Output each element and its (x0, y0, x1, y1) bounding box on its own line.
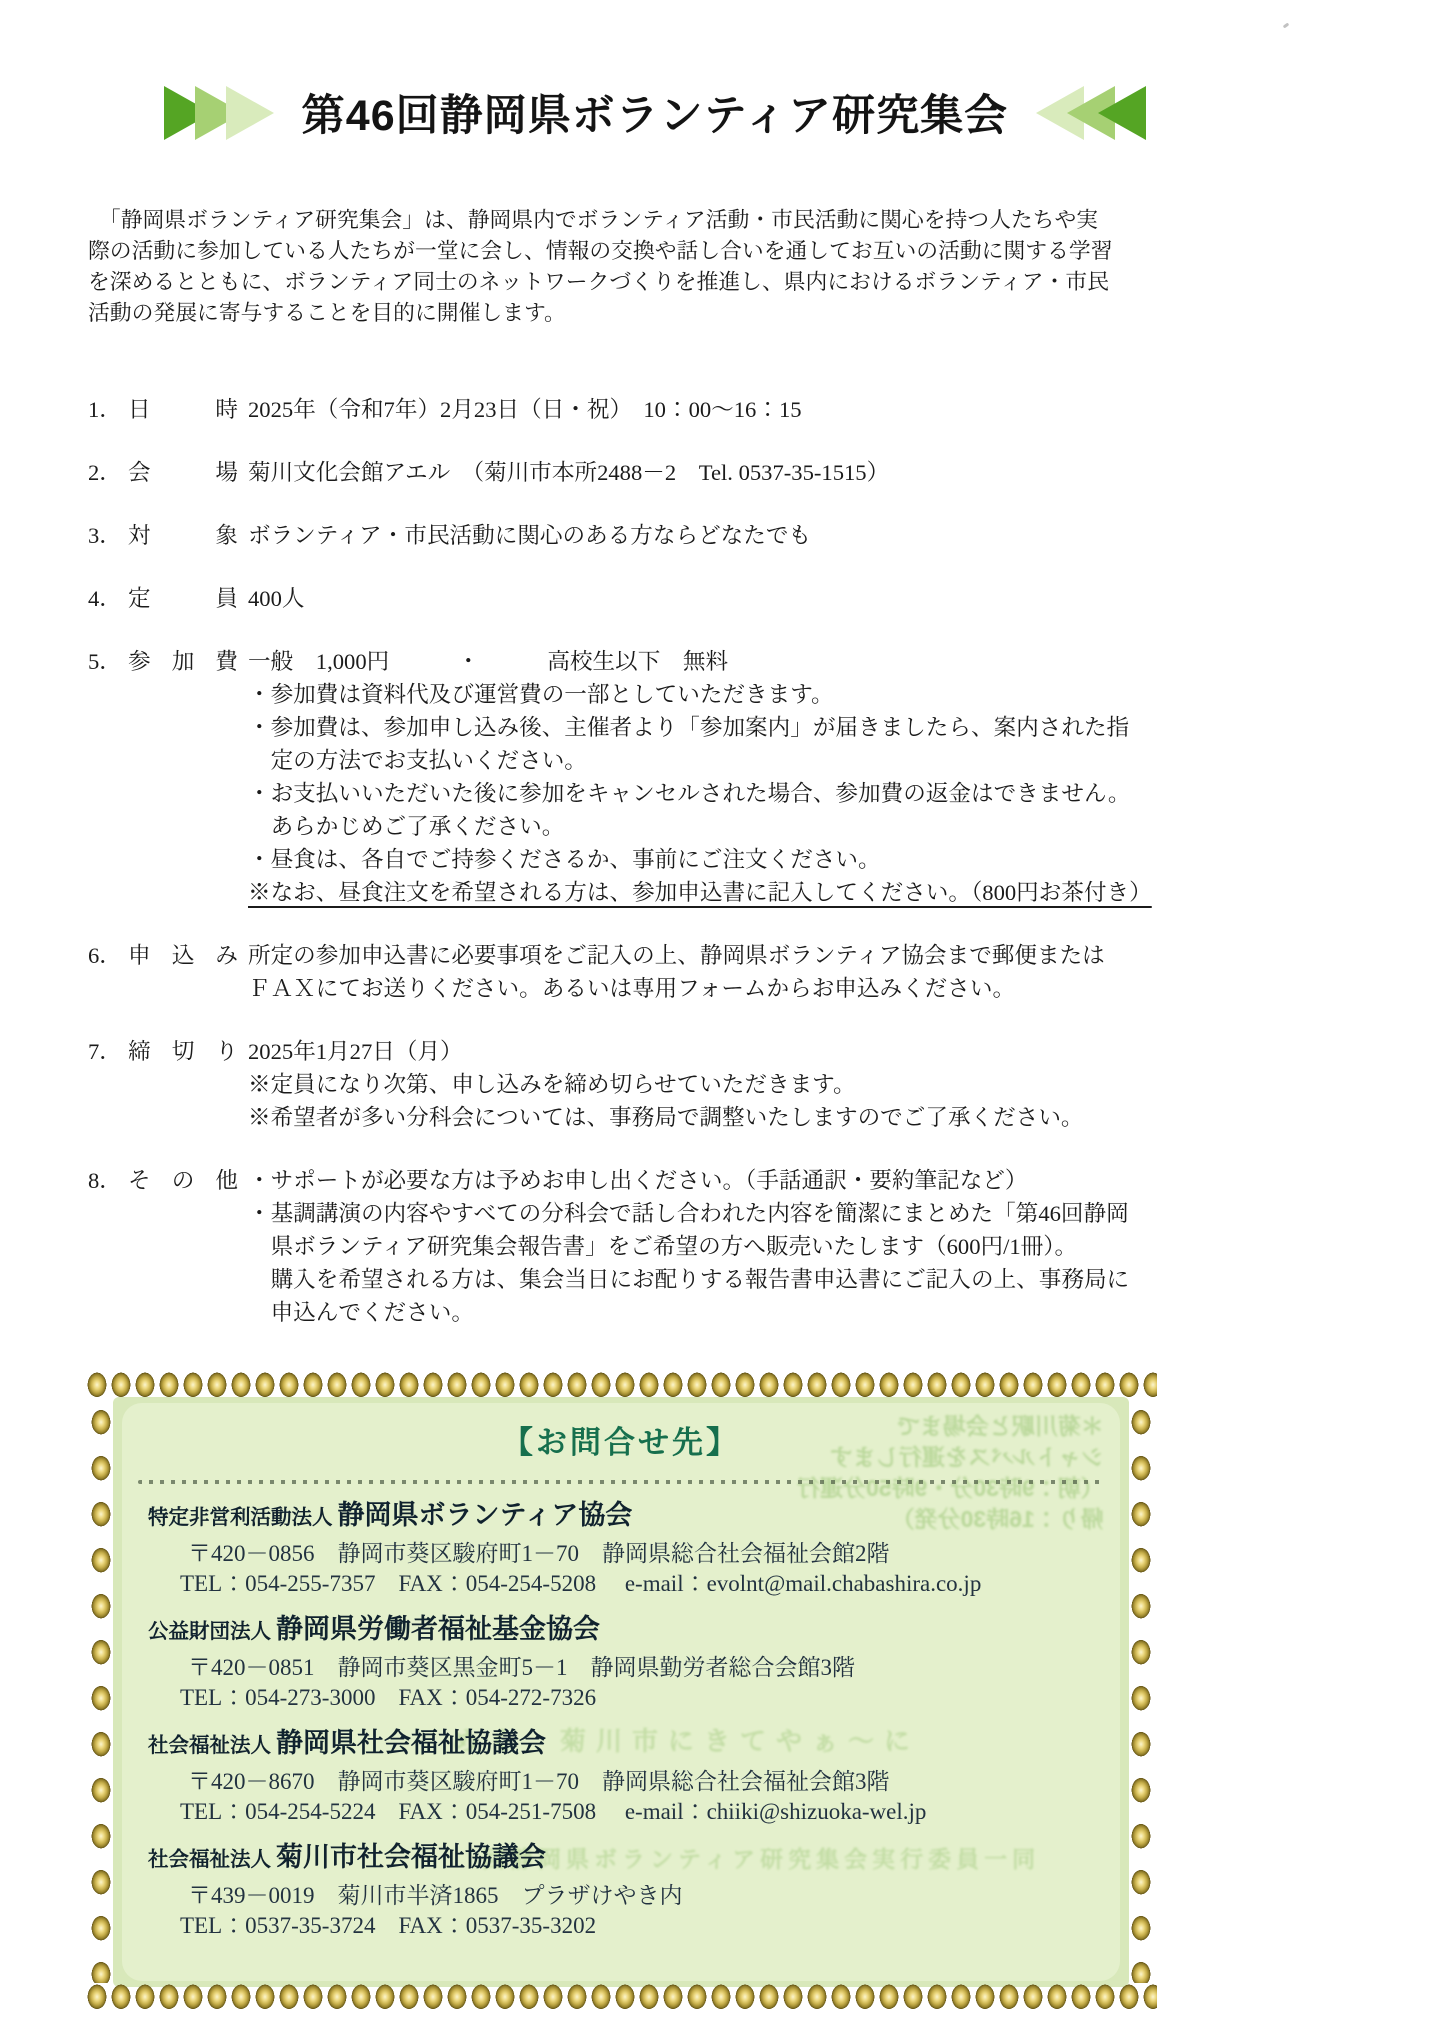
item-line: 購入を希望される方は、集会当日にお配りする報告書申込書にご記入の上、事務局に (248, 1263, 1129, 1296)
arrow-left-dark-icon (1098, 86, 1146, 140)
organization-block: 特定非営利活動法人静岡県ボランティア協会 〒420－0856 静岡市葵区駿府町1… (148, 1498, 1100, 1598)
item-line: ※定員になり次第、申し込みを締め切らせていただきます。 (248, 1068, 1084, 1101)
organization-title: 特定非営利活動法人静岡県ボランティア協会 (148, 1498, 1100, 1537)
item-heading: 2． 会 場 (88, 456, 238, 489)
item-number: 5． (88, 645, 128, 909)
item-body: 400人 (248, 582, 304, 615)
intro-line: を深めるとともに、ボランティア同士のネットワークづくりを推進し、県内におけるボラ… (88, 267, 1120, 298)
org-address: 〒420－0851 静岡市葵区黒金町5－1 静岡県勤労者総合会館3階 (188, 1653, 1100, 1682)
intro-line: 活動の発展に寄与することを目的に開催します。 (88, 298, 1120, 329)
org-name: 静岡県社会福祉協議会 (276, 1728, 546, 1758)
item-line: ※希望者が多い分科会については、事務局で調整いたしますのでご了承ください。 (248, 1101, 1084, 1134)
item-number: 8． (88, 1164, 128, 1329)
item-body: 菊川文化会館アエル （菊川市本所2488－2 Tel. 0537-35-1515… (248, 456, 889, 489)
org-address: 〒420－8670 静岡市葵区駿府町1－70 静岡県総合社会福祉会館3階 (188, 1767, 1100, 1796)
item-number: 2． (88, 456, 128, 489)
organization-block: 社会福祉法人静岡県社会福祉協議会 〒420－8670 静岡市葵区駿府町1－70 … (148, 1726, 1100, 1826)
organization-title: 社会福祉法人静岡県社会福祉協議会 (148, 1726, 1100, 1765)
item-line: 2025年（令和7年）2月23日（日・祝） 10：00～16：15 (248, 393, 802, 426)
title-arrows-right-icon (1036, 86, 1146, 140)
item-heading: 6． 申 込 み (88, 939, 238, 1005)
arrow-right-light-icon (226, 86, 274, 140)
item-line: ・サポートが必要な方は予めお申し出ください。（手話通訳・要約筆記など） (248, 1164, 1129, 1197)
organization-title: 公益財団法人静岡県労働者福祉基金協会 (148, 1612, 1100, 1651)
item-heading: 3． 対 象 (88, 519, 238, 552)
organization-block: 公益財団法人静岡県労働者福祉基金協会 〒420－0851 静岡市葵区黒金町5－1… (148, 1612, 1100, 1712)
contact-box: ＊菊川駅と会場まで シャトルバスを運行します （朝：9時30分・9時50分運行 … (85, 1371, 1157, 2013)
item-label: 対 象 (128, 519, 238, 552)
item-body: ・サポートが必要な方は予めお申し出ください。（手話通訳・要約筆記など）・基調講演… (248, 1164, 1129, 1329)
item-label: 申 込 み (128, 939, 238, 1005)
item-heading: 1． 日 時 (88, 393, 238, 426)
item-body: 一般 1,000円 ・ 高校生以下 無料・参加費は資料代及び運営費の一部としてい… (248, 645, 1152, 909)
item-line: 一般 1,000円 ・ 高校生以下 無料 (248, 645, 1152, 678)
item-heading: 8． そ の 他 (88, 1164, 238, 1329)
item-heading: 4． 定 員 (88, 582, 238, 615)
page-title: 第46回静岡県ボランティア研究集会 (302, 82, 1008, 143)
org-contact: TEL：054-255-7357 FAX：054-254-5208 e-mail… (180, 1569, 1100, 1598)
org-name: 菊川市社会福祉協議会 (276, 1842, 546, 1872)
item-line: ・昼食は、各自でご持参くださるか、事前にご注文ください。 (248, 843, 1152, 876)
item-body: 2025年（令和7年）2月23日（日・祝） 10：00～16：15 (248, 393, 802, 426)
org-address: 〒439－0019 菊川市半済1865 プラザけやき内 (188, 1881, 1100, 1910)
item-line: ・お支払いいただいた後に参加をキャンセルされた場合、参加費の返金はできません。 (248, 777, 1152, 810)
item-line: 菊川文化会館アエル （菊川市本所2488－2 Tel. 0537-35-1515… (248, 456, 889, 489)
organization-title: 社会福祉法人菊川市社会福祉協議会 (148, 1840, 1100, 1879)
org-prefix: 特定非営利活動法人 (148, 1506, 333, 1529)
item-label: 締 切 り (128, 1035, 238, 1134)
list-item: 2． 会 場 菊川文化会館アエル （菊川市本所2488－2 Tel. 0537-… (88, 456, 1440, 489)
organization-list: 特定非営利活動法人静岡県ボランティア協会 〒420－0856 静岡市葵区駿府町1… (148, 1498, 1100, 1940)
item-line: ※なお、昼食注文を希望される方は、参加申込書に記入してください。（800円お茶付… (248, 876, 1152, 909)
org-prefix: 公益財団法人 (148, 1620, 271, 1643)
list-item: 4． 定 員 400人 (88, 582, 1440, 615)
item-line: 400人 (248, 582, 304, 615)
list-item: 7． 締 切 り 2025年1月27日（月）※定員になり次第、申し込みを締め切ら… (88, 1035, 1440, 1134)
item-line: ・基調講演の内容やすべての分科会で話し合われた内容を簡潔にまとめた「第46回静岡 (248, 1197, 1129, 1230)
list-item: 8． そ の 他 ・サポートが必要な方は予めお申し出ください。（手話通訳・要約筆… (88, 1164, 1440, 1329)
item-label: 定 員 (128, 582, 238, 615)
intro-paragraph: 「静岡県ボランティア研究集会」は、静岡県内でボランティア活動・市民活動に関心を持… (88, 205, 1120, 329)
document-header: 第46回静岡県ボランティア研究集会 (0, 0, 1310, 143)
list-item: 5． 参 加 費 一般 1,000円 ・ 高校生以下 無料・参加費は資料代及び運… (88, 645, 1440, 909)
item-label: 参 加 費 (128, 645, 238, 909)
list-item: 1． 日 時 2025年（令和7年）2月23日（日・祝） 10：00～16：15 (88, 393, 1440, 426)
dotted-divider (138, 1480, 1104, 1484)
org-name: 静岡県労働者福祉基金協会 (276, 1614, 600, 1644)
item-line: 定の方法でお支払いください。 (248, 744, 1152, 777)
item-line: ボランティア・市民活動に関心のある方ならどなたでも (248, 519, 811, 552)
bead-border-right (1126, 1401, 1156, 1983)
item-number: 1． (88, 393, 128, 426)
item-number: 3． (88, 519, 128, 552)
item-line: 申込んでください。 (248, 1296, 1129, 1329)
item-line: ＦＡＸにてお送りください。あるいは専用フォームからお申込みください。 (248, 972, 1105, 1005)
title-arrows-left-icon (164, 86, 274, 140)
org-prefix: 社会福祉法人 (148, 1734, 271, 1757)
item-body: 2025年1月27日（月）※定員になり次第、申し込みを締め切らせていただきます。… (248, 1035, 1084, 1134)
bead-border-left (86, 1401, 116, 1983)
item-line: ・参加費は、参加申し込み後、主催者より「参加案内」が届きましたら、案内された指 (248, 711, 1152, 744)
item-heading: 5． 参 加 費 (88, 645, 238, 909)
item-number: 6． (88, 939, 128, 1005)
org-name: 静岡県ボランティア協会 (338, 1500, 633, 1530)
scanned-flyer-page: 第46回静岡県ボランティア研究集会 「静岡県ボランティア研究集会」は、静岡県内で… (0, 0, 1440, 2037)
org-prefix: 社会福祉法人 (148, 1848, 271, 1871)
item-label: 会 場 (128, 456, 238, 489)
organization-block: 社会福祉法人菊川市社会福祉協議会 〒439－0019 菊川市半済1865 プラザ… (148, 1840, 1100, 1940)
item-label: そ の 他 (128, 1164, 238, 1329)
bead-border-bottom (85, 1983, 1157, 2013)
item-line: 2025年1月27日（月） (248, 1035, 1084, 1068)
item-body: ボランティア・市民活動に関心のある方ならどなたでも (248, 519, 811, 552)
info-list: 1． 日 時 2025年（令和7年）2月23日（日・祝） 10：00～16：15… (88, 393, 1440, 1329)
org-contact: TEL：054-273-3000 FAX：054-272-7326 (180, 1683, 1100, 1712)
contact-box-title: 【お問合せ先】 (122, 1417, 1120, 1462)
item-body: 所定の参加申込書に必要事項をご記入の上、静岡県ボランティア協会まで郵便またはＦＡ… (248, 939, 1105, 1005)
item-line: ・参加費は資料代及び運営費の一部としていただきます。 (248, 678, 1152, 711)
item-line: 県ボランティア研究集会報告書」をご希望の方へ販売いたします（600円/1冊）。 (248, 1230, 1129, 1263)
contact-box-panel: ＊菊川駅と会場まで シャトルバスを運行します （朝：9時30分・9時50分運行 … (122, 1403, 1120, 1981)
item-number: 7． (88, 1035, 128, 1134)
org-contact: TEL：054-254-5224 FAX：054-251-7508 e-mail… (180, 1797, 1100, 1826)
contact-box-background: ＊菊川駅と会場まで シャトルバスを運行します （朝：9時30分・9時50分運行 … (113, 1397, 1129, 1987)
intro-line: 際の活動に参加している人たちが一堂に会し、情報の交換や話し合いを通してお互いの活… (88, 236, 1120, 267)
item-heading: 7． 締 切 り (88, 1035, 238, 1134)
item-line: 所定の参加申込書に必要事項をご記入の上、静岡県ボランティア協会まで郵便または (248, 939, 1105, 972)
org-contact: TEL：0537-35-3724 FAX：0537-35-3202 (180, 1911, 1100, 1940)
list-item: 6． 申 込 み 所定の参加申込書に必要事項をご記入の上、静岡県ボランティア協会… (88, 939, 1440, 1005)
list-item: 3． 対 象 ボランティア・市民活動に関心のある方ならどなたでも (88, 519, 1440, 552)
bead-border-top (85, 1371, 1157, 1401)
item-number: 4． (88, 582, 128, 615)
org-address: 〒420－0856 静岡市葵区駿府町1－70 静岡県総合社会福祉会館2階 (188, 1539, 1100, 1568)
item-label: 日 時 (128, 393, 238, 426)
intro-line: 「静岡県ボランティア研究集会」は、静岡県内でボランティア活動・市民活動に関心を持… (88, 205, 1120, 236)
item-line: あらかじめご了承ください。 (248, 810, 1152, 843)
